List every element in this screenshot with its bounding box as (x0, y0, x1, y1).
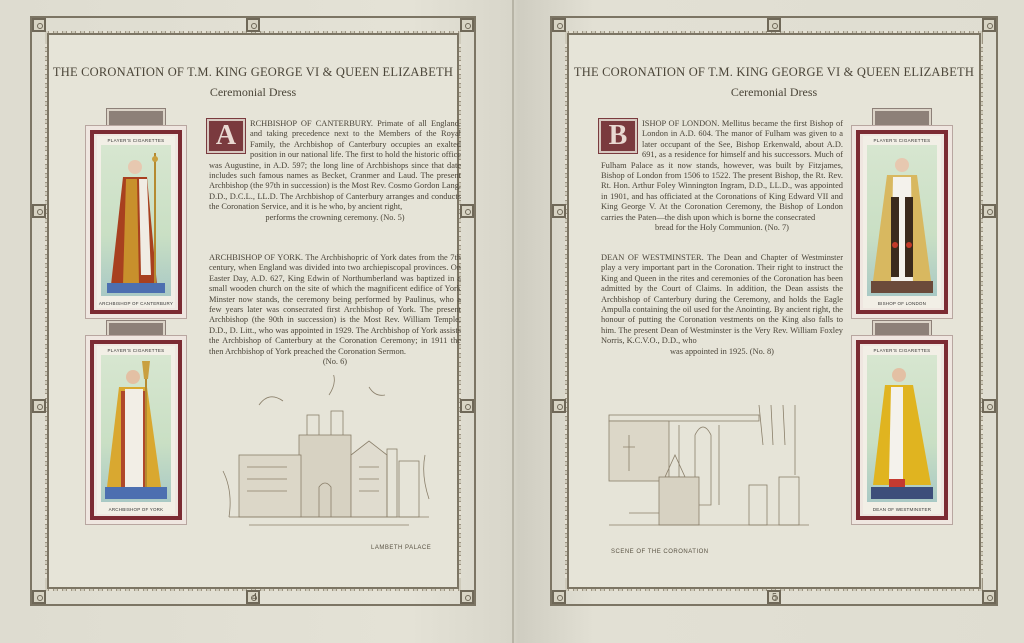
left-page: THE CORONATION OF T.M. KING GEORGE VI & … (30, 16, 476, 606)
corner-ornament-icon (552, 590, 566, 604)
card-caption: BISHOP OF LONDON (863, 301, 941, 306)
album-spread: THE CORONATION OF T.M. KING GEORGE VI & … (0, 0, 1024, 643)
entry-archbishop-canterbury: A RCHBISHOP OF CANTERBURY. Primate of al… (209, 119, 461, 223)
cigarette-card: PLAYER'S CIGARETTES DEAN OF WESTMINSTER (863, 346, 941, 514)
border-rosette-icon (460, 204, 474, 218)
right-page: THE CORONATION OF T.M. KING GEORGE VI & … (550, 16, 998, 606)
illustration-caption: LAMBETH PALACE (371, 545, 431, 551)
border-rosette-icon (552, 204, 566, 218)
border-rosette-icon (982, 204, 996, 218)
corner-ornament-icon (460, 590, 474, 604)
page-title: THE CORONATION OF T.M. KING GEORGE VI & … (569, 65, 979, 80)
card-portrait (867, 145, 937, 296)
card-caption: ARCHBISHOP OF CANTERBURY (97, 301, 175, 306)
entry-bishop-london: B ISHOP OF LONDON. Mellitus became the f… (601, 119, 843, 233)
entry-archbishop-york: ARCHBISHOP OF YORK. The Archbishopric of… (209, 253, 461, 367)
card-slot-westminster[interactable]: PLAYER'S CIGARETTES DEAN OF WESTMINSTER (851, 335, 953, 525)
card-slot-london[interactable]: PLAYER'S CIGARETTES BI (851, 125, 953, 319)
page-number: 5 (772, 592, 777, 603)
corner-ornament-icon (460, 18, 474, 32)
card-slot-canterbury[interactable]: PLAYER'S CIGARETTES ARCHBISHOP OF CAN (85, 125, 187, 319)
border-rosette-icon (982, 399, 996, 413)
corner-ornament-icon (982, 18, 996, 32)
border-rosette-icon (32, 204, 46, 218)
dropcap-letter: B (599, 119, 637, 153)
page-number: 4 (252, 592, 257, 603)
book-gutter (512, 0, 514, 643)
dropcap-letter: A (207, 119, 245, 153)
corner-ornament-icon (32, 590, 46, 604)
card-caption: ARCHBISHOP OF YORK (97, 507, 175, 512)
cigarette-card: PLAYER'S CIGARETTES AR (97, 346, 175, 514)
border-rosette-icon (767, 18, 781, 32)
card-portrait (867, 355, 937, 502)
lambeth-palace-illustration (219, 375, 439, 540)
corner-ornament-icon (982, 590, 996, 604)
corner-ornament-icon (32, 18, 46, 32)
cigarette-card: PLAYER'S CIGARETTES BI (863, 136, 941, 308)
page-subtitle: Ceremonial Dress (49, 85, 457, 100)
cigarette-card: PLAYER'S CIGARETTES ARCHBISHOP OF CAN (97, 136, 175, 308)
page-subtitle: Ceremonial Dress (569, 85, 979, 100)
coronation-scene-illustration (599, 395, 819, 540)
border-rosette-icon (552, 399, 566, 413)
border-rosette-icon (32, 399, 46, 413)
card-caption: DEAN OF WESTMINSTER (863, 507, 941, 512)
illustration-caption: SCENE OF THE CORONATION (611, 549, 709, 555)
card-portrait (101, 355, 171, 502)
border-rosette-icon (460, 399, 474, 413)
corner-ornament-icon (552, 18, 566, 32)
card-header: PLAYER'S CIGARETTES (863, 138, 941, 143)
border-rosette-icon (246, 18, 260, 32)
card-slot-york[interactable]: PLAYER'S CIGARETTES AR (85, 335, 187, 525)
card-header: PLAYER'S CIGARETTES (97, 348, 175, 353)
page-title: THE CORONATION OF T.M. KING GEORGE VI & … (49, 65, 457, 80)
card-header: PLAYER'S CIGARETTES (97, 138, 175, 143)
entry-dean-westminster: DEAN OF WESTMINSTER. The Dean and Chapte… (601, 253, 843, 357)
card-portrait (101, 145, 171, 296)
card-header: PLAYER'S CIGARETTES (863, 348, 941, 353)
